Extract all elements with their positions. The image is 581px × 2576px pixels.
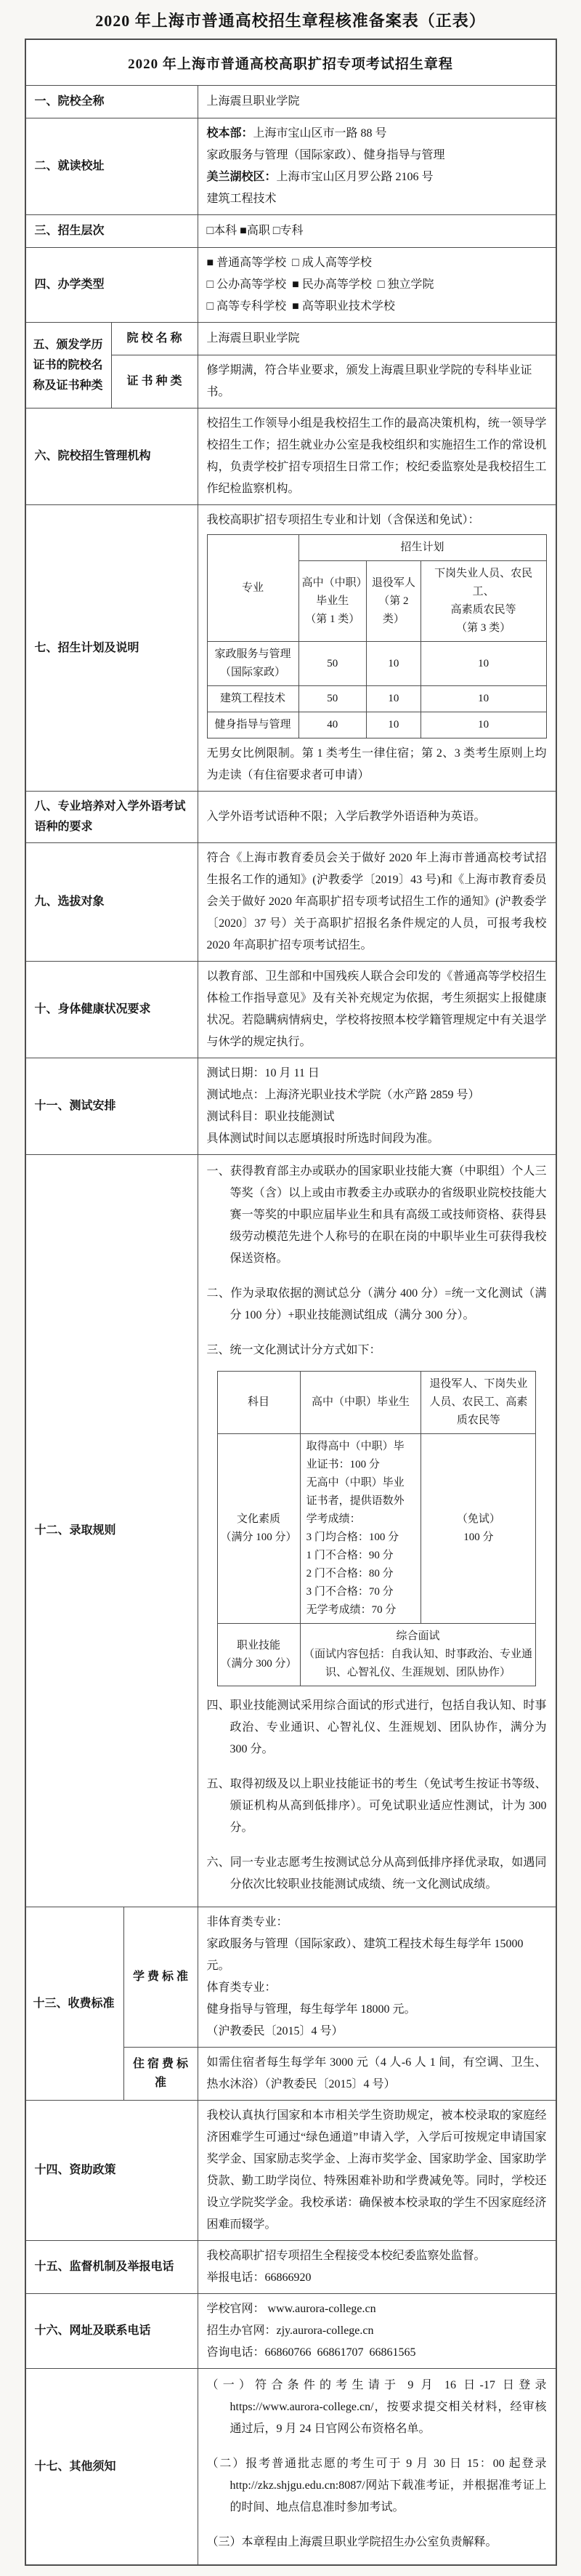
campus-main-majors: 家政服务与管理（国际家政）、健身指导与管理 [207, 149, 445, 161]
rule-item-6: 六、同一专业志愿考生按测试总分从高到低排序择优录取，如遇同分依次比较职业技能测试… [207, 1852, 547, 1896]
plan-major: 健身指导与管理 [207, 712, 298, 738]
note-item-2: （二）报考普通批志愿的考生可于 9 月 30 日 15：00 起登录 http:… [207, 2453, 547, 2519]
row-admission-rules: 十二、录取规则 一、获得教育部主办或联办的国家职业技能大赛（中职组）个人三等奖（… [26, 1154, 556, 1907]
row-value: ■ 普通高等学校 □ 成人高等学校 □ 公办高等学校 ■ 民办高等学校 □ 独立… [198, 248, 556, 322]
address-line: 家政服务与管理（国际家政）、健身指导与管理 [207, 145, 547, 166]
plan-table: 专业 招生计划 高中（中职） 毕业生 （第 1 类） 退役军人 （第 2 类） [207, 534, 547, 738]
plan-quota: 10 [420, 642, 546, 686]
row-label: 十四、资助政策 [26, 2101, 198, 2240]
row-label: 十二、录取规则 [26, 1155, 198, 1907]
plan-quota: 10 [420, 712, 546, 738]
selection-target-text: 符合《上海市教育委员会关于做好 2020 年上海市普通高校考试招生报名工作的通知… [207, 848, 547, 957]
rule-item-4: 四、职业技能测试采用综合面试的形式进行，包括自我认知、时事政治、专业通识、心智礼… [207, 1695, 547, 1760]
culture-scoring-rules: 取得高中（中职）毕业证书：100 分 无高中（中职）毕业证书者，提供语数外学考成… [300, 1434, 421, 1624]
row-value: 我校认真执行国家和本市相关学生资助规定，被本校录取的家庭经济困难学生可通过“绿色… [198, 2101, 556, 2240]
row-selection-target: 九、选拔对象 符合《上海市教育委员会关于做好 2020 年上海市普通高校考试招生… [26, 842, 556, 961]
plan-quota: 50 [298, 686, 366, 712]
row-label: 六、院校招生管理机构 [26, 408, 198, 504]
campus-main-address: 上海市宝山区市一路 88 号 [253, 127, 387, 140]
row-value: 测试日期：10 月 11 日 测试地点：上海济光职业技术学院（水产路 2859 … [198, 1058, 556, 1154]
charter-title: 2020 年上海市普通高校高职扩招专项考试招生章程 [128, 53, 453, 73]
plan-row-construction: 建筑工程技术 50 10 10 [207, 686, 546, 712]
sub-value: 非体育类专业： 家政服务与管理（国际家政）、建筑工程技术每生每学年 15000 … [198, 1907, 556, 2047]
row-school-type: 四、办学类型 ■ 普通高等学校 □ 成人高等学校 □ 公办高等学校 ■ 民办高等… [26, 247, 556, 322]
row-label: 九、选拔对象 [26, 843, 198, 961]
row-label: 十六、网址及联系电话 [26, 2294, 198, 2368]
level-checkboxes: □本科 ■高职 □专科 [207, 220, 547, 242]
row-health-requirement: 十、身体健康状况要求 以教育部、卫生部和中国残疾人联合会印发的《普通高等学校招生… [26, 961, 556, 1058]
plan-col-type2: 退役军人 （第 2 类） [366, 561, 420, 642]
type-checkbox-line: □ 公办高等学校 ■ 民办高等学校 □ 独立学院 [207, 274, 547, 296]
document-page: 2020 年上海市普通高校招生章程核准备案表（正表） 2020 年上海市普通高校… [0, 0, 581, 2576]
culture-exempt-score: （免试） 100 分 [421, 1434, 536, 1624]
row-label: 十三、收费标准 [26, 1907, 124, 2100]
score-col-graduates: 高中（中职）毕业生 [300, 1372, 421, 1434]
row-label: 十、身体健康状况要求 [26, 962, 198, 1058]
plan-group-head: 招生计划 [298, 535, 546, 561]
note-item-1: （一）符合条件的考生请于 9 月 16 日-17 日登录 https://www… [207, 2375, 547, 2440]
tuition-line: 家政服务与管理（国际家政）、建筑工程技术每生每学年 15000 元。 [207, 1933, 547, 1977]
plan-row-fitness: 健身指导与管理 40 10 10 [207, 712, 546, 738]
tuition-line: 健身指导与管理，每生每学年 18000 元。 [207, 1999, 547, 2021]
row-other-notes: 十七、其他须知 （一）符合条件的考生请于 9 月 16 日-17 日登录 htt… [26, 2368, 556, 2564]
fee-subrows: 学 费 标 准 非体育类专业： 家政服务与管理（国际家政）、建筑工程技术每生每学… [124, 1907, 556, 2100]
type-checkbox-line: ■ 普通高等学校 □ 成人高等学校 [207, 252, 547, 274]
admission-website: 招生办官网：zjy.aurora-college.cn [207, 2320, 547, 2342]
housing-fee-text: 如需住宿者每生每学年 3000 元（4 人-6 人 1 间，有空调、卫生、热水沐… [207, 2052, 547, 2096]
score-col-subject: 科目 [217, 1372, 300, 1434]
plan-quota: 10 [420, 686, 546, 712]
row-foreign-language: 八、专业培养对入学外语考试语种的要求 入学外语考试语种不限；入学后教学外语语种为… [26, 791, 556, 842]
row-value: 校本部：上海市宝山区市一路 88 号 家政服务与管理（国际家政）、健身指导与管理… [198, 118, 556, 214]
sub-label: 证 书 种 类 [112, 355, 198, 408]
rule-item-5: 五、取得初级及以上职业技能证书的考生（免试考生按证书等级、颁证机构从高到低排序）… [207, 1774, 547, 1839]
rule-item-2: 二、作为录取依据的测试总分（满分 400 分）=统一文化测试（满分 100 分）… [207, 1283, 547, 1327]
sub-label: 住 宿 费 标 准 [124, 2048, 198, 2100]
charter-header-row: 2020 年上海市普通高校高职扩招专项考试招生章程 [26, 40, 556, 85]
row-label: 十七、其他须知 [26, 2369, 198, 2564]
row-value: （一）符合条件的考生请于 9 月 16 日-17 日登录 https://www… [198, 2369, 556, 2564]
score-row-culture: 文化素质 （满分 100 分） 取得高中（中职）毕业证书：100 分 无高中（中… [217, 1434, 536, 1624]
plan-quota: 40 [298, 712, 366, 738]
plan-major: 建筑工程技术 [207, 686, 298, 712]
row-admission-organization: 六、院校招生管理机构 校招生工作领导小组是我校招生工作的最高决策机构，统一领导学… [26, 408, 556, 504]
language-requirement: 入学外语考试语种不限；入学后教学外语语种为英语。 [207, 806, 547, 828]
row-financial-aid: 十四、资助政策 我校认真执行国家和本市相关学生资助规定，被本校录取的家庭经济困难… [26, 2100, 556, 2240]
sub-label: 学 费 标 准 [124, 1907, 198, 2047]
financial-aid-text: 我校认真执行国家和本市相关学生资助规定，被本校录取的家庭经济困难学生可通过“绿色… [207, 2105, 547, 2236]
tuition-line: 体育类专业： [207, 1977, 547, 1999]
school-website: 学校官网： www.aurora-college.cn [207, 2298, 547, 2320]
rule-item-3: 三、统一文化测试计分方式如下： [207, 1340, 547, 1361]
vocational-skill-label: 职业技能 （满分 300 分） [217, 1624, 300, 1686]
row-value: 我校高职扩招专项招生全程接受本校纪委监察处监督。 举报电话：66866920 [198, 2241, 556, 2293]
plan-row-housekeeping: 家政服务与管理 （国际家政） 50 10 10 [207, 642, 546, 686]
page-title: 2020 年上海市普通高校招生章程核准备案表（正表） [0, 0, 581, 39]
plan-major: 家政服务与管理 （国际家政） [207, 642, 298, 686]
row-label: 四、办学类型 [26, 248, 198, 322]
row-website-contact: 十六、网址及联系电话 学校官网： www.aurora-college.cn 招… [26, 2293, 556, 2368]
row-value: 我校高职扩招专项招生专业和计划（含保送和免试）： 专业 招生计划 高中（中职） … [198, 505, 556, 791]
plan-quota: 10 [366, 686, 420, 712]
subrow-certificate-type: 证 书 种 类 修学期满，符合毕业要求，颁发上海震旦职业学院的专科毕业证书。 [112, 355, 556, 408]
row-college-name: 一、院校全称 上海震旦职业学院 [26, 85, 556, 118]
row-value: 入学外语考试语种不限；入学后教学外语语种为英语。 [198, 792, 556, 842]
note-item-3: （三）本章程由上海震旦职业学院招生办公室负责解释。 [207, 2532, 547, 2553]
campus-main-label: 校本部： [207, 127, 253, 140]
subrow-housing: 住 宿 费 标 准 如需住宿者每生每学年 3000 元（4 人-6 人 1 间，… [124, 2047, 556, 2100]
organization-text: 校招生工作领导小组是我校招生工作的最高决策机构，统一领导学校招生工作；招生就业办… [207, 413, 547, 500]
certificate-college-name: 上海震旦职业学院 [207, 328, 547, 350]
score-row-skill: 职业技能 （满分 300 分） 综合面试 （面试内容包括：自我认知、时事政治、专… [217, 1624, 536, 1686]
plan-quota: 10 [366, 642, 420, 686]
certificate-type-text: 修学期满，符合毕业要求，颁发上海震旦职业学院的专科毕业证书。 [207, 360, 547, 403]
score-col-veterans: 退役军人、下岗失业人员、农民工、高素质农民等 [421, 1372, 536, 1434]
campus-meilanhu-label: 美兰湖校区： [207, 171, 277, 183]
plan-quota: 10 [366, 712, 420, 738]
row-value: □本科 ■高职 □专科 [198, 215, 556, 247]
row-label: 十五、监督机制及举报电话 [26, 2241, 198, 2293]
row-value: 一、获得教育部主办或联办的国家职业技能大赛（中职组）个人三等奖（含）以上或由市教… [198, 1155, 556, 1907]
row-admission-level: 三、招生层次 □本科 ■高职 □专科 [26, 214, 556, 247]
test-location: 测试地点：上海济光职业技术学院（水产路 2859 号） [207, 1084, 547, 1106]
sub-value: 修学期满，符合毕业要求，颁发上海震旦职业学院的专科毕业证书。 [198, 355, 556, 408]
row-label: 五、颁发学历证书的院校名称及证书种类 [26, 323, 112, 408]
plan-col-major: 专业 [207, 535, 298, 642]
subrow-college-name: 院 校 名 称 上海震旦职业学院 [112, 323, 556, 355]
consult-phones: 咨询电话：66860766 66861707 66861565 [207, 2342, 547, 2364]
plan-quota: 50 [298, 642, 366, 686]
subrow-tuition: 学 费 标 准 非体育类专业： 家政服务与管理（国际家政）、建筑工程技术每生每学… [124, 1907, 556, 2047]
row-value: 符合《上海市教育委员会关于做好 2020 年上海市普通高校考试招生报名工作的通知… [198, 843, 556, 961]
row-value: 校招生工作领导小组是我校招生工作的最高决策机构，统一领导学校招生工作；招生就业办… [198, 408, 556, 504]
report-phone: 举报电话：66866920 [207, 2267, 547, 2289]
college-name: 上海震旦职业学院 [207, 91, 547, 113]
row-value: 学校官网： www.aurora-college.cn 招生办官网：zjy.au… [198, 2294, 556, 2368]
score-table: 科目 高中（中职）毕业生 退役军人、下岗失业人员、农民工、高素质农民等 文化素质… [217, 1371, 537, 1686]
test-subject: 测试科目：职业技能测试 [207, 1106, 547, 1128]
address-line: 建筑工程技术 [207, 188, 547, 210]
tuition-line: （沪教委民〔2015〕4 号） [207, 2021, 547, 2042]
row-label: 八、专业培养对入学外语考试语种的要求 [26, 792, 198, 842]
row-label: 一、院校全称 [26, 86, 198, 118]
campus-meilanhu-address: 上海市宝山区月罗公路 2106 号 [277, 171, 434, 183]
row-value: 上海震旦职业学院 [198, 86, 556, 118]
row-label: 七、招生计划及说明 [26, 505, 198, 791]
row-label: 二、就读校址 [26, 118, 198, 214]
campus-meilanhu-majors: 建筑工程技术 [207, 193, 277, 205]
sub-value: 如需住宿者每生每学年 3000 元（4 人-6 人 1 间，有空调、卫生、热水沐… [198, 2048, 556, 2100]
address-line: 校本部：上海市宝山区市一路 88 号 [207, 123, 547, 145]
plan-col-type3: 下岗失业人员、农民工、 高素质农民等 （第 3 类） [420, 561, 546, 642]
row-campus-address: 二、就读校址 校本部：上海市宝山区市一路 88 号 家政服务与管理（国际家政）、… [26, 118, 556, 214]
plan-note: 无男女比例限制。第 1 类考生一律住宿；第 2、3 类考生原则上均为走读（有住宿… [207, 743, 547, 786]
row-degree-certificate: 五、颁发学历证书的院校名称及证书种类 院 校 名 称 上海震旦职业学院 证 书 … [26, 322, 556, 408]
skill-interview-content: 综合面试 （面试内容包括：自我认知、时事政治、专业通识、心智礼仪、生涯规划、团队… [300, 1624, 536, 1686]
row-label: 三、招生层次 [26, 215, 198, 247]
address-line: 美兰湖校区：上海市宝山区月罗公路 2106 号 [207, 166, 547, 188]
row-enrollment-plan: 七、招生计划及说明 我校高职扩招专项招生专业和计划（含保送和免试）： 专业 招生… [26, 504, 556, 791]
test-time-note: 具体测试时间以志愿填报时所选时间段为准。 [207, 1128, 547, 1150]
sub-label: 院 校 名 称 [112, 323, 198, 355]
test-date: 测试日期：10 月 11 日 [207, 1063, 547, 1084]
rule-item-1: 一、获得教育部主办或联办的国家职业技能大赛（中职组）个人三等奖（含）以上或由市教… [207, 1161, 547, 1270]
tuition-line: 非体育类专业： [207, 1912, 547, 1933]
certificate-subrows: 院 校 名 称 上海震旦职业学院 证 书 种 类 修学期满，符合毕业要求，颁发上… [112, 323, 556, 408]
plan-intro: 我校高职扩招专项招生专业和计划（含保送和免试）： [207, 510, 547, 531]
row-label: 十一、测试安排 [26, 1058, 198, 1154]
charter-table: 2020 年上海市普通高校高职扩招专项考试招生章程 一、院校全称 上海震旦职业学… [25, 39, 557, 2566]
row-fees: 十三、收费标准 学 费 标 准 非体育类专业： 家政服务与管理（国际家政）、建筑… [26, 1907, 556, 2100]
culture-quality-label: 文化素质 （满分 100 分） [217, 1434, 300, 1624]
supervision-text: 我校高职扩招专项招生全程接受本校纪委监察处监督。 [207, 2245, 547, 2267]
health-requirement-text: 以教育部、卫生部和中国残疾人联合会印发的《普通高等学校招生体检工作指导意见》及有… [207, 966, 547, 1053]
row-test-arrangement: 十一、测试安排 测试日期：10 月 11 日 测试地点：上海济光职业技术学院（水… [26, 1058, 556, 1154]
row-supervision: 十五、监督机制及举报电话 我校高职扩招专项招生全程接受本校纪委监察处监督。 举报… [26, 2240, 556, 2293]
row-value: 以教育部、卫生部和中国残疾人联合会印发的《普通高等学校招生体检工作指导意见》及有… [198, 962, 556, 1058]
plan-col-type1: 高中（中职） 毕业生 （第 1 类） [298, 561, 366, 642]
sub-value: 上海震旦职业学院 [198, 323, 556, 355]
type-checkbox-line: □ 高等专科学校 ■ 高等职业技术学校 [207, 296, 547, 318]
